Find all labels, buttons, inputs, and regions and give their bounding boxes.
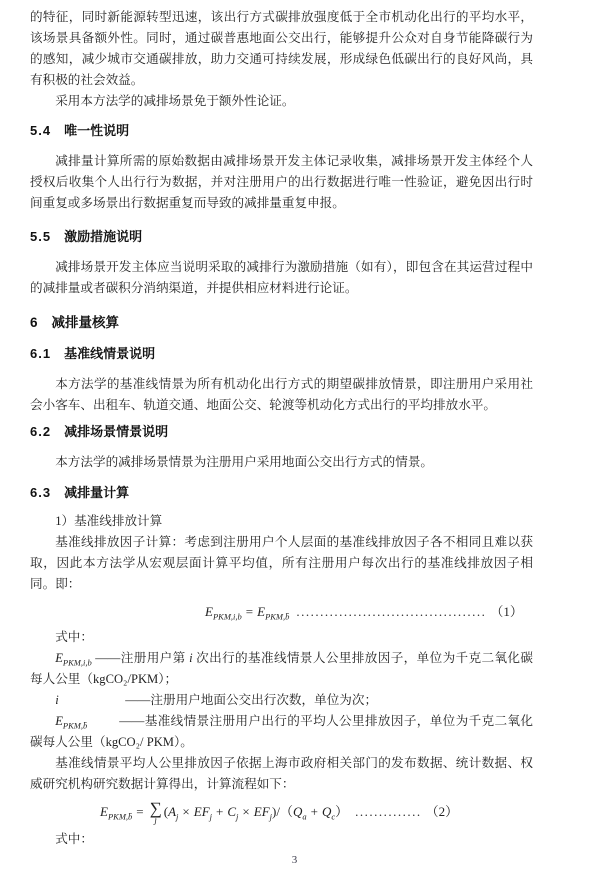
subscript-pkm-i-b: PKM,i,b (63, 658, 92, 668)
subscript-j: j (210, 812, 212, 822)
heading-6-2: 6.2减排场景情景说明 (30, 421, 533, 442)
formula-number: （2） (426, 804, 459, 819)
heading-6-1: 6.1基准线情景说明 (30, 343, 533, 364)
heading-6-3: 6.3减排量计算 (30, 482, 533, 503)
equals-sign: = (246, 604, 253, 619)
dot-leader: ........................................ (296, 604, 486, 619)
definition-term: EPKM,b̄ (55, 711, 119, 732)
variable-e: E (257, 604, 265, 619)
variable-a: A (168, 804, 176, 819)
variable-e: E (100, 804, 108, 819)
heading-title: 激励措施说明 (64, 229, 142, 244)
formula-lhs: EPKM,i,b (205, 604, 242, 619)
definition-e-pkm-avg: EPKM,b̄——基准线情景注册用户出行的平均人公里排放因子，单位为千克二氧化碳… (30, 711, 533, 753)
page-number: 3 (0, 854, 589, 866)
heading-number: 6 (30, 315, 39, 330)
subscript-pkm-bbar: PKM,b̄ (108, 812, 132, 822)
variable-e: E (55, 714, 63, 728)
para-reduction-scenario: 本方法学的减排场景情景为注册用户采用地面公交出行方式的情景。 (30, 452, 533, 473)
variable-ef: EF (254, 804, 270, 819)
para-scenario-additionality: 的特征，同时新能源转型迅速，该出行方式碳排放强度低于全市机动化出行的平均水平，该… (30, 7, 533, 91)
dot-leader: .............. (355, 804, 422, 819)
para-incentive-description: 减排场景开发主体应当说明采取的减排行为激励措施（如有），即包含在其运营过程中的减… (30, 257, 533, 299)
plus-sign: + (311, 804, 318, 819)
multiply-sign: × (242, 804, 249, 819)
equals-sign: = (136, 804, 143, 819)
subscript-pkm-bbar: PKM,b̄ (265, 612, 289, 622)
formula-number: （1） (490, 604, 523, 619)
term-q-a: Qa (293, 804, 307, 819)
variable-ef: EF (194, 804, 210, 819)
subscript-j: j (176, 812, 178, 822)
multiply-sign: × (182, 804, 189, 819)
heading-6: 6减排量核算 (30, 312, 533, 333)
term-ef: EFj (194, 804, 212, 819)
heading-number: 5.5 (30, 229, 51, 244)
variable-i: i (55, 693, 59, 707)
heading-5-5: 5.5激励措施说明 (30, 226, 533, 247)
subscript-j: j (236, 812, 238, 822)
term-c: Cj (227, 804, 238, 819)
variable-c: C (227, 804, 236, 819)
definition-i: i——注册用户地面公交出行次数，单位为次； (30, 690, 533, 711)
heading-number: 6.1 (30, 346, 51, 361)
formula-rhs: EPKM,b̄ (257, 604, 289, 619)
definition-dash: —— (95, 651, 120, 665)
para-formula-where-1: 式中： (30, 627, 533, 648)
para-baseline-factor-source: 基准线情景平均人公里排放因子依据上海市政府相关部门的发布数据、统计数据、权威研究… (30, 753, 533, 795)
term-q-c: Qc (322, 804, 335, 819)
definition-dash: —— (119, 714, 144, 728)
heading-number: 6.3 (30, 485, 51, 500)
definition-text: 注册用户第 (120, 651, 189, 665)
term-ef: EFj (254, 804, 272, 819)
para-additionality-exemption: 采用本方法学的减排场景免于额外性论证。 (30, 91, 533, 112)
para-list-item-baseline-calc: 1）基准线排放计算 (30, 511, 533, 532)
definition-text: 注册用户地面公交出行次数，单位为次； (150, 693, 377, 707)
formula-lhs: EPKM,b̄ (100, 804, 132, 819)
sigma-operator: ∑j (150, 801, 162, 825)
definition-dash: —— (125, 693, 150, 707)
close-paren-divide: )/ (272, 804, 280, 819)
term-a: Aj (168, 804, 178, 819)
plus-sign: + (216, 804, 223, 819)
variable-e: E (205, 604, 213, 619)
heading-number: 5.4 (30, 123, 51, 138)
heading-5-4: 5.4唯一性说明 (30, 120, 533, 141)
heading-title: 基准线情景说明 (64, 346, 155, 361)
subscript-a: a (302, 812, 306, 822)
heading-title: 减排量计算 (64, 485, 129, 500)
para-baseline-factor-intro: 基准线排放因子计算：考虑到注册用户个人层面的基准线排放因子各不相同且难以获取，因… (30, 532, 533, 595)
heading-title: 减排场景情景说明 (64, 424, 168, 439)
variable-e: E (55, 651, 63, 665)
sigma-icon: ∑ (150, 801, 162, 816)
heading-title: 唯一性说明 (64, 123, 129, 138)
para-formula-where-2: 式中： (30, 829, 533, 850)
open-paren: （ (280, 804, 293, 819)
heading-title: 减排量核算 (52, 315, 120, 330)
variable-q: Q (322, 804, 331, 819)
heading-number: 6.2 (30, 424, 51, 439)
definition-term: EPKM,i,b (55, 648, 95, 669)
close-paren: ） (335, 804, 348, 819)
subscript-pkm-bbar: PKM,b̄ (63, 721, 87, 731)
para-uniqueness-description: 减排量计算所需的原始数据由减排场景开发主体记录收集，减排场景开发主体经个人授权后… (30, 151, 533, 214)
formula-1: EPKM,i,b=EPKM,b̄........................… (30, 601, 533, 623)
definition-term: i (55, 690, 125, 711)
definition-e-pkm-ib: EPKM,i,b——注册用户第 i 次出行的基准线情景人公里排放因子，单位为千克… (30, 648, 533, 690)
subscript-pkm-i-b: PKM,i,b (213, 612, 242, 622)
document-page: 的特征，同时新能源转型迅速，该出行方式碳排放强度低于全市机动化出行的平均水平，该… (0, 0, 589, 877)
formula-2: EPKM,b̄=∑j(Aj×EFj+Cj×EFj)/（Qa+Qc）.......… (30, 797, 533, 827)
para-baseline-scenario: 本方法学的基准线情景为所有机动化出行方式的期望碳排放情景，即注册用户采用社会小客… (30, 374, 533, 416)
variable-q: Q (293, 804, 302, 819)
